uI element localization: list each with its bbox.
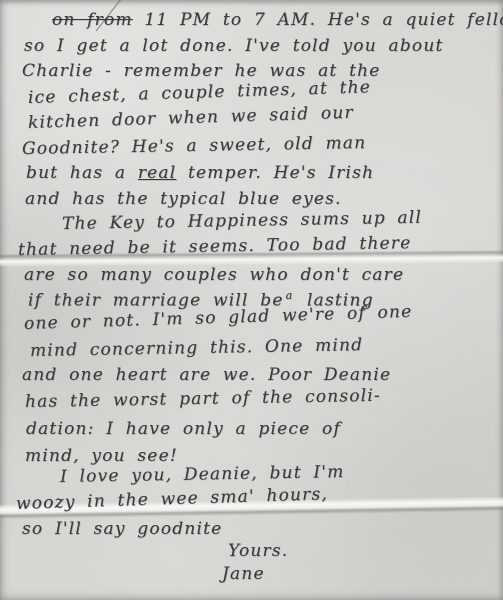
- letter-line: mind concerning this. One mind: [30, 335, 364, 361]
- line-text: temper. He's Irish: [176, 163, 374, 183]
- letter-line: on from 11 PM to 7 AM. He's a quiet fell…: [52, 10, 503, 30]
- closing-line: Yours.: [228, 541, 288, 561]
- letter-line: so I get a lot done. I've told you about: [24, 36, 444, 56]
- letter-line: has the worst part of the consoli-: [25, 386, 381, 412]
- letter-line: that need be it seems. Too bad there: [18, 233, 412, 260]
- letter-line: are so many couples who don't care: [24, 265, 404, 285]
- letter-line: Goodnite? He's a sweet, old man: [22, 133, 367, 159]
- inserted-word: a: [286, 289, 294, 302]
- letter-line paragraph-indent: The Key to Happiness sums up all: [62, 208, 422, 234]
- letter-line: and one heart are we. Poor Deanie: [22, 365, 391, 385]
- letter-body: on from 11 PM to 7 AM. He's a quiet fell…: [0, 0, 503, 600]
- letter-line: and has the typical blue eyes.: [25, 189, 342, 209]
- letter-line: so I'll say goodnite: [22, 519, 222, 539]
- letter-line: dation: I have only a piece of: [26, 419, 341, 439]
- struck-words: on from: [52, 10, 133, 30]
- underlined-word: real: [138, 163, 177, 183]
- letter-line: but has a real temper. He's Irish: [26, 163, 374, 183]
- letter-line paragraph-indent: I love you, Deanie, but I'm: [60, 462, 345, 487]
- signature-name: Jane: [222, 564, 265, 584]
- letter-page: on from 11 PM to 7 AM. He's a quiet fell…: [0, 0, 503, 600]
- line-text: 11 PM to 7 AM. He's a quiet fellow: [133, 10, 503, 30]
- line-text: but has a: [26, 163, 138, 183]
- letter-line: mind, you see!: [25, 446, 178, 466]
- letter-line: kitchen door when we said our: [28, 103, 354, 133]
- letter-line: woozy in the wee sma' hours,: [16, 484, 329, 514]
